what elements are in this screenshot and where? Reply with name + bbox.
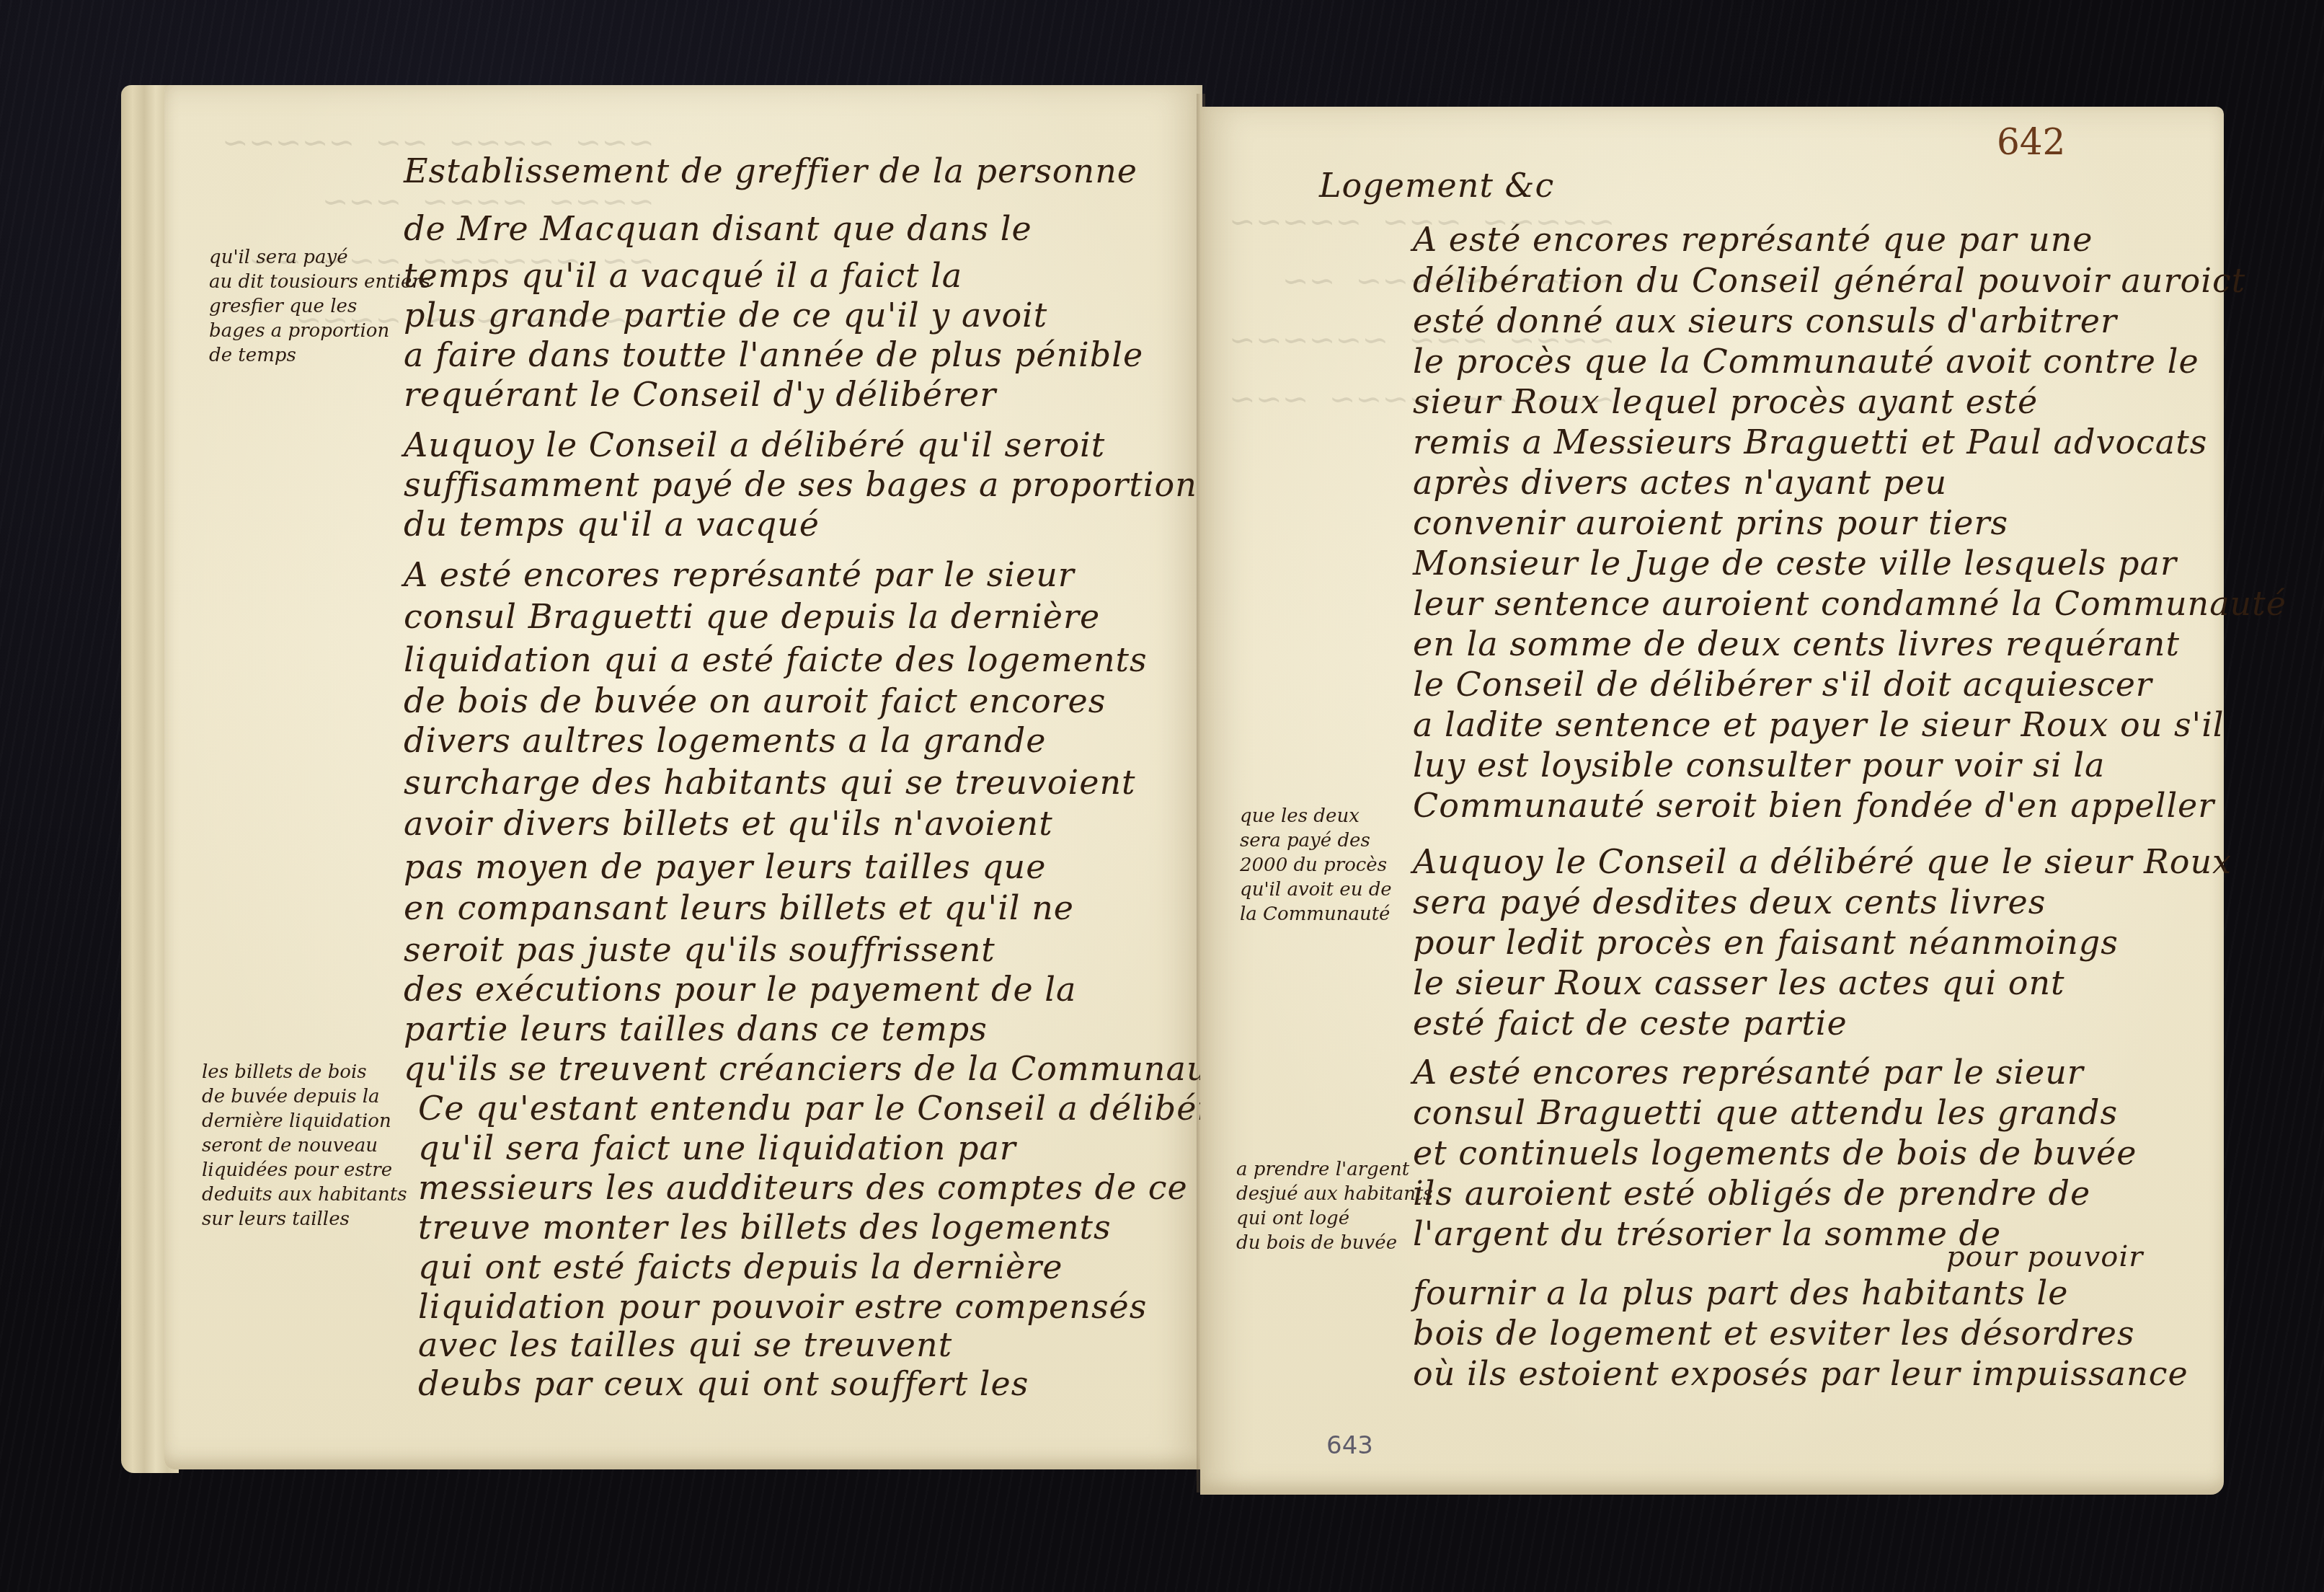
left-line-28: liquidation pour pouvoir estre compensés (418, 1287, 1147, 1326)
page-stamp-number: 643 (1326, 1431, 1373, 1460)
right-line-15: luy est loysible consulter pour voir si … (1413, 746, 2105, 784)
right-line-22: A esté encores représanté par le sieur (1413, 1053, 2084, 1092)
right-line-16: Communauté seroit bien fondée d'en appel… (1413, 786, 2214, 825)
left-line-17: pas moyen de payer leurs tailles que (404, 847, 1046, 886)
right-line-12: en la somme de deux cents livres requéra… (1413, 624, 2180, 663)
left-line-12: liquidation qui a esté faicte des logeme… (404, 640, 1148, 679)
left-line-30: deubs par ceux qui ont souffert les (418, 1364, 1029, 1403)
right-line-7: remis a Messieurs Braguetti et Paul advo… (1413, 423, 2207, 461)
left-line-16: avoir divers billets et qu'ils n'avoient (404, 804, 1053, 843)
right-line-21: esté faict de ceste partie (1413, 1004, 1848, 1043)
left-line-24: qu'il sera faict une liquidation par (418, 1128, 1016, 1167)
left-line-25: messieurs les audditeurs des comptes de … (418, 1168, 1313, 1207)
right-line-1: Logement &c (1319, 166, 1554, 205)
left-line-29: avec les tailles qui se treuvent (418, 1325, 952, 1364)
left-line-13: de bois de buvée on auroit faict encores (404, 681, 1106, 720)
right-line-14: a ladite sentence et payer le sieur Roux… (1413, 705, 2225, 744)
left-line-19: seroit pas juste qu'ils souffrissent (404, 930, 995, 969)
left-line-21: partie leurs tailles dans ce temps (404, 1009, 988, 1048)
left-line-27: qui ont esté faicts depuis la dernière (418, 1247, 1063, 1286)
right-line-2: A esté encores représanté que par une (1413, 220, 2093, 259)
right-line-25: ils auroient esté obligés de prendre de (1413, 1174, 2090, 1213)
right-line-3: délibération du Conseil général pouvoir … (1413, 261, 2245, 300)
right-line-27: pour pouvoir (1946, 1240, 2143, 1273)
right-line-18: sera payé desdites deux cents livres (1413, 883, 2046, 921)
folio-number: 642 (1997, 121, 2065, 163)
left-line-10: A esté encores représanté par le sieur (404, 555, 1075, 594)
left-line-26: treuve monter les billets des logements (418, 1208, 1112, 1247)
right-line-30: où ils estoient exposés par leur impuiss… (1413, 1354, 2188, 1393)
left-line-6: requérant le Conseil d'y délibérer (404, 375, 996, 414)
right-margin-note-2: a prendre l'argent desjué aux habitants … (1236, 1157, 1433, 1255)
left-line-9: du temps qu'il a vacqué (404, 505, 820, 544)
left-line-2: de Mre Macquan disant que dans le (404, 209, 1032, 248)
left-line-5: a faire dans toutte l'année de plus péni… (404, 335, 1143, 374)
right-line-24: et continuels logements de bois de buvée (1413, 1133, 2137, 1172)
left-line-11: consul Braguetti que depuis la dernière (404, 597, 1100, 636)
left-line-20: des exécutions pour le payement de la (404, 970, 1076, 1009)
left-line-8: suffisamment payé de ses bages a proport… (404, 465, 1197, 504)
right-line-11: leur sentence auroient condamné la Commu… (1413, 584, 2287, 623)
right-line-13: le Conseil de délibérer s'il doit acquie… (1413, 665, 2152, 704)
right-line-5: le procès que la Communauté avoit contre… (1413, 342, 2199, 381)
right-line-28: fournir a la plus part des habitants le (1413, 1273, 2068, 1312)
left-line-22: qu'ils se treuvent créanciers de la Comm… (404, 1049, 1254, 1088)
left-line-1: Establissement de greffier de la personn… (404, 151, 1137, 190)
left-line-14: divers aultres logements a la grande (404, 721, 1047, 760)
right-line-9: convenir auroient prins pour tiers (1413, 503, 2008, 542)
left-line-3: temps qu'il a vacqué il a faict la (404, 256, 962, 295)
right-line-4: esté donné aux sieurs consuls d'arbitrer (1413, 301, 2117, 340)
left-margin-note-2: les billets de bois de buvée depuis la d… (202, 1060, 407, 1231)
left-line-7: Auquoy le Conseil a délibéré qu'il seroi… (404, 425, 1105, 464)
right-margin-note-1: que les deux sera payé des 2000 du procè… (1240, 804, 1392, 927)
left-line-15: surcharge des habitants qui se treuvoien… (404, 763, 1136, 802)
left-line-23: Ce qu'estant entendu par le Conseil a dé… (418, 1089, 1234, 1128)
left-line-4: plus grande partie de ce qu'il y avoit (404, 296, 1047, 335)
left-margin-note-1: qu'il sera payé au dit tousiours entiers… (209, 245, 430, 368)
right-line-17: Auquoy le Conseil a délibéré que le sieu… (1413, 842, 2232, 881)
right-line-10: Monsieur le Juge de ceste ville lesquels… (1413, 544, 2177, 583)
right-line-6: sieur Roux lequel procès ayant esté (1413, 382, 2038, 421)
right-line-19: pour ledit procès en faisant néanmoings (1413, 923, 2119, 962)
right-line-20: le sieur Roux casser les actes qui ont (1413, 963, 2065, 1002)
left-line-18: en compansant leurs billets et qu'il ne (404, 888, 1074, 927)
right-line-26: l'argent du trésorier la somme de (1413, 1214, 2001, 1253)
right-line-29: bois de logement et esviter les désordre… (1413, 1314, 2135, 1353)
right-line-8: après divers actes n'ayant peu (1413, 463, 1947, 502)
right-line-23: consul Braguetti que attendu les grands (1413, 1093, 2118, 1132)
